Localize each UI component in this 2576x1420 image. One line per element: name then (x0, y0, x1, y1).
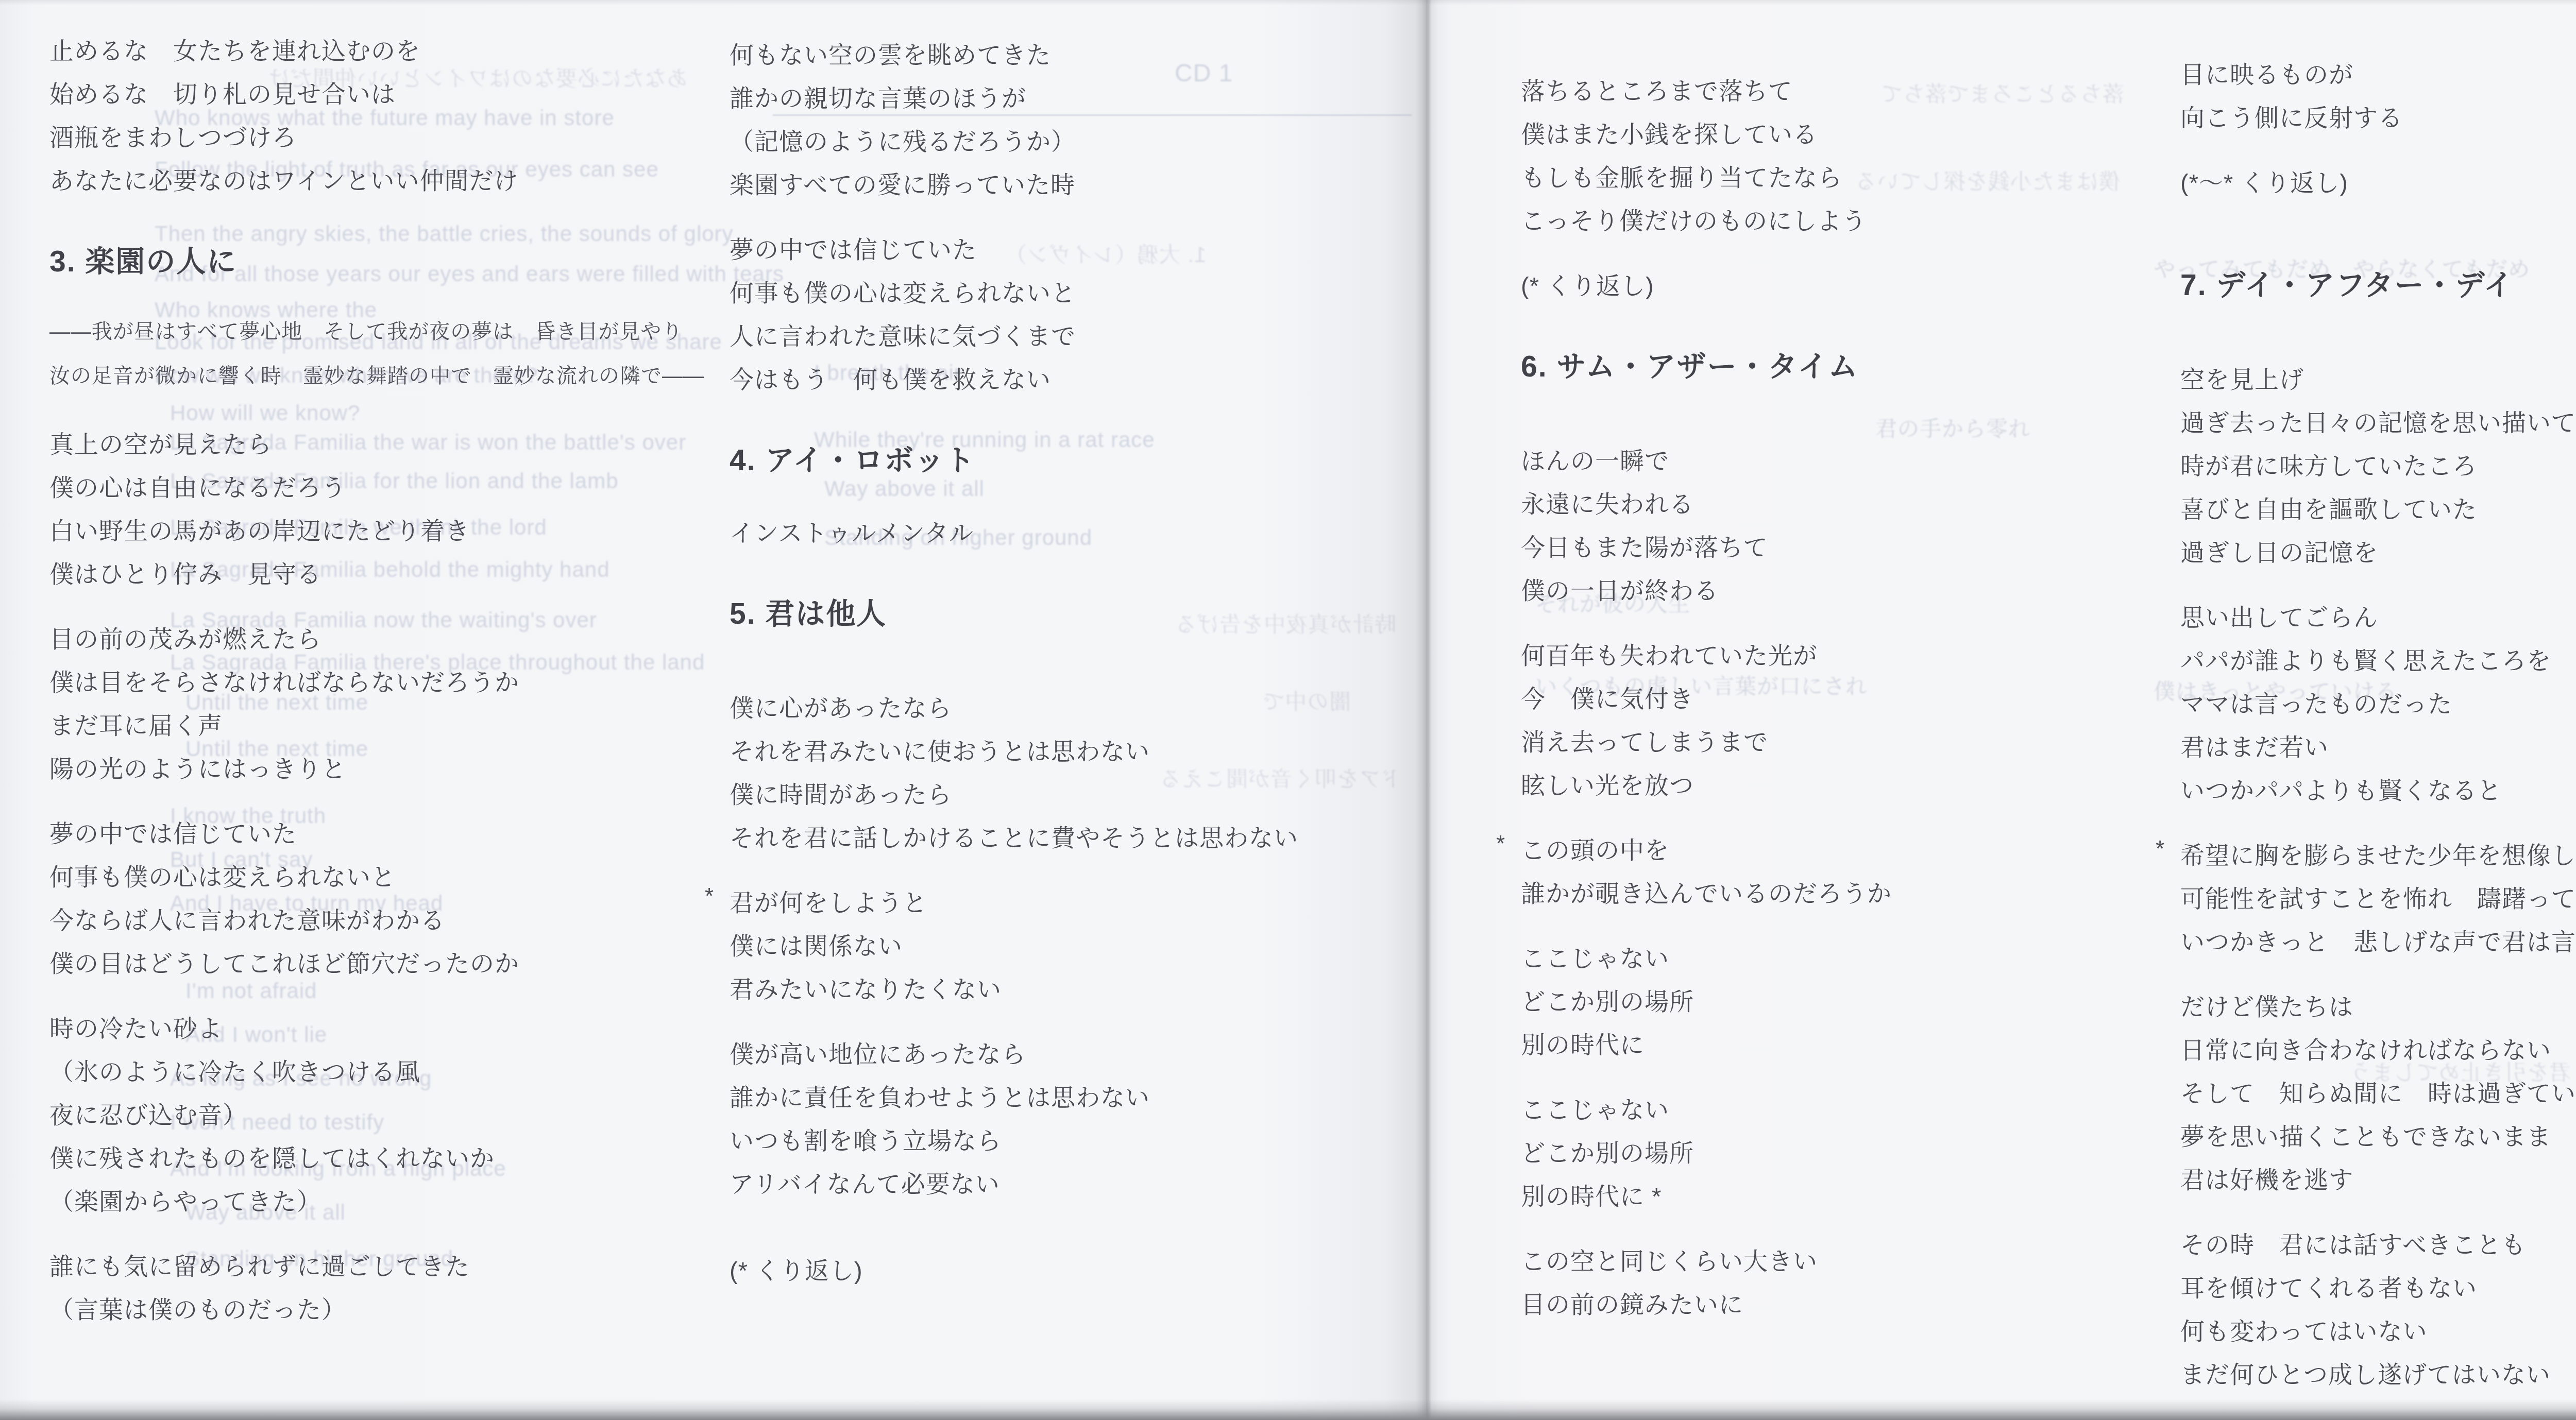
line-text: いつかパパよりも賢くなると (2180, 777, 2502, 804)
stanza-gap (1521, 810, 2155, 831)
line-text: アリバイなんて必要ない (730, 1170, 1000, 1197)
stanza-gap (1521, 918, 2155, 939)
lyric-line: 夢の中では信じていた (49, 815, 714, 858)
booklet-spread: あなたに必要なのはワインといい仲間だけWho knows what the fu… (0, 0, 2576, 1420)
lyric-line: 真上の空が見えたら (49, 425, 714, 469)
line-text: 酒瓶をまわしつづけろ (49, 124, 297, 151)
song-title: 6. サム・アザー・タイム (1521, 332, 2155, 420)
lyric-line: 何百年も失われていた光が (1521, 637, 2155, 680)
lyric-line: ここじゃない (1521, 939, 2155, 983)
lyric-line: 何事も僕の心は変えられないと (49, 858, 714, 901)
lyric-line: 君はまだ若い (2180, 728, 2576, 772)
song-title: 4. アイ・ロボット (730, 425, 1374, 514)
line-text: ここじゃない (1521, 945, 1669, 972)
lyric-line: 誰かに責任を負わせようとは思わない (730, 1079, 1374, 1122)
line-text: 可能性を試すことを怖れ 躊躇っている (2180, 885, 2576, 912)
lyric-line: *この頭の中を (1521, 831, 2155, 875)
stanza-gap (1521, 245, 2155, 267)
lyric-line: 誰かの親切な言葉のほうが (730, 79, 1374, 123)
lyric-line: 僕に心があったなら (730, 689, 1374, 732)
refrain-asterisk: * (1496, 831, 1505, 857)
line-text: 君が何をしようと (730, 889, 927, 916)
stanza-gap (730, 1014, 1374, 1035)
stanza-gap (1521, 615, 2155, 637)
line-text: もしも金脈を掘り当てたなら (1521, 164, 1842, 191)
top-edge-shadow (0, 0, 2576, 5)
lyric-line: (* くり返し) (730, 1252, 1374, 1295)
line-text: 僕に心があったなら (730, 694, 952, 722)
line-text: 4. アイ・ロボット (730, 444, 975, 477)
lyric-line: 今ならば人に言われた意味がわかる (49, 901, 714, 945)
lyric-line: そして 知らぬ間に 時は過ぎていく (2180, 1074, 2576, 1118)
line-text: その時 君には話すべきことも (2180, 1231, 2526, 1258)
line-text: 過ぎ去った日々の記憶を思い描いてごらん (2180, 409, 2576, 436)
lyric-line: 白い野生の馬があの岸辺にたどり着き (49, 512, 714, 555)
stanza-gap (730, 1208, 1374, 1252)
lyric-line: もしも金脈を掘り当てたなら (1521, 159, 2155, 202)
line-text: 夢の中では信じていた (49, 820, 297, 847)
line-text: 夜に忍び込む音） (49, 1101, 247, 1128)
quoted-verse-line: ――我が昼はすべて夢心地 そして我が夜の夢は 昏き目が見やり (49, 315, 714, 360)
line-text: 僕の一日が終わる (1521, 577, 1719, 604)
lyrics-column-3: 落ちるところまで落ちて僕はまた小銭を探しているもしも金脈を掘り当てたならこっそり… (1521, 72, 2155, 1329)
line-text: いつも割を喰う立場なら (730, 1127, 1002, 1154)
lyrics-column-2: 何もない空の雲を眺めてきた誰かの親切な言葉のほうが（記憶のように残るだろうか）楽… (730, 36, 1374, 1295)
lyric-line: それを君に話しかけることに費やそうとは思わない (730, 819, 1374, 862)
song-title: 7. デイ・アフター・デイ (2180, 250, 2576, 339)
lyric-line: 僕は目をそらさなければならないだろうか (49, 663, 714, 707)
line-text: 今日もまた陽が落ちて (1521, 534, 1768, 561)
line-text: 白い野生の馬があの岸辺にたどり着き (49, 517, 470, 544)
lyric-line: 思い出してごらん (2180, 598, 2576, 642)
stanza-gap (1521, 420, 2155, 442)
line-text: こっそり僕だけのものにしよう (1521, 207, 1867, 234)
line-text: 僕が高い地位にあったなら (730, 1040, 1026, 1068)
lyric-line: まだ何ひとつ成し遂げてはいない (2180, 1356, 2576, 1399)
line-text: 耳を傾けてくれる者もない (2180, 1274, 2477, 1302)
stanza-gap (2180, 577, 2576, 598)
line-text: 時の冷たい砂よ (49, 1015, 223, 1042)
line-text: 思い出してごらん (2180, 604, 2378, 631)
lyric-line: 君は好機を逃す (2180, 1161, 2576, 1204)
line-text: 楽園すべての愛に勝っていた時 (730, 171, 1075, 198)
lyric-line: インストゥルメンタル (730, 514, 1374, 557)
stanza-gap (49, 988, 714, 1010)
lyric-line: 僕はひとり佇み 見守る (49, 555, 714, 598)
line-text: まだ耳に届く声 (49, 712, 223, 739)
line-text: 何もない空の雲を眺めてきた (730, 41, 1051, 69)
line-text: 僕の心は自由になるだろう (49, 474, 346, 501)
lyric-line: 向こう側に反射する (2180, 99, 2576, 142)
line-text: 眩しい光を放つ (1521, 772, 1694, 799)
line-text: （氷のように冷たく吹きつける風 (49, 1058, 420, 1085)
line-text: 真上の空が見えたら (49, 431, 272, 458)
line-text: いつかきっと 悲しげな声で君は言う (2180, 928, 2576, 955)
stanza-gap (49, 793, 714, 815)
lyric-line: 始めるな 切り札の見せ合いは (49, 75, 714, 118)
line-text: 君みたいになりたくない (730, 976, 1002, 1003)
lyric-line: 僕の目はどうしてこれほど節穴だったのか (49, 945, 714, 988)
line-text: 今 僕に気付き (1521, 685, 1694, 712)
line-text: パパが誰よりも賢く思えたころを (2180, 647, 2551, 674)
stanza-gap (49, 404, 714, 425)
lyric-line: （氷のように冷たく吹きつける風 (49, 1053, 714, 1096)
line-text: 別の時代に (1521, 1031, 1645, 1058)
line-text: 汝の足音が微かに響く時 霊妙な舞踏の中で 霊妙な流れの隣で―― (49, 365, 704, 387)
lyric-line: それを君みたいに使おうとは思わない (730, 732, 1374, 776)
lyric-line: 夜に忍び込む音） (49, 1096, 714, 1139)
line-text: 君は好機を逃す (2180, 1166, 2353, 1193)
line-text: インストゥルメンタル (730, 519, 974, 546)
lyric-line: （楽園からやってきた） (49, 1183, 714, 1226)
lyric-line: この空と同じくらい大きい (1521, 1242, 2155, 1286)
lyric-line: 可能性を試すことを怖れ 躊躇っている (2180, 880, 2576, 923)
lyric-line: 眩しい光を放つ (1521, 766, 2155, 810)
line-text: 何百年も失われていた光が (1521, 642, 1818, 669)
lyric-line: アリバイなんて必要ない (730, 1165, 1374, 1208)
lyric-line: ここじゃない (1521, 1091, 2155, 1134)
line-text: 3. 楽園の人に (49, 245, 237, 278)
lyric-line: 時が君に味方していたころ (2180, 447, 2576, 490)
line-text: ここじゃない (1521, 1096, 1669, 1123)
line-text: 僕には関係ない (730, 932, 903, 960)
lyric-line: 喜びと自由を謳歌していた (2180, 490, 2576, 534)
song-title: 5. 君は他人 (730, 579, 1374, 668)
quoted-verse-line: 汝の足音が微かに響く時 霊妙な舞踏の中で 霊妙な流れの隣で―― (49, 360, 714, 404)
lyric-line: 僕はまた小銭を探している (1521, 115, 2155, 159)
lyrics-column-4: 目に映るものが向こう側に反射する(*～* くり返し)7. デイ・アフター・デイ空… (2180, 56, 2576, 1399)
lyric-line: 今日もまた陽が落ちて (1521, 528, 2155, 572)
lyric-line: 別の時代に * (1521, 1177, 2155, 1221)
line-text: (* くり返し) (1521, 272, 1654, 299)
lyric-line: 人に言われた意味に気づくまで (730, 317, 1374, 361)
lyric-line: ほんの一瞬で (1521, 442, 2155, 485)
lyric-line: いつも割を喰う立場なら (730, 1122, 1374, 1165)
line-text: 向こう側に反射する (2180, 104, 2403, 131)
line-text: 別の時代に * (1521, 1183, 1662, 1210)
stanza-gap (49, 205, 714, 227)
lyric-line: 空を見上げ (2180, 361, 2576, 404)
lyric-line: （言葉は僕のものだった） (49, 1291, 714, 1334)
lyric-line: 今 僕に気付き (1521, 680, 2155, 723)
stanza-gap (2180, 966, 2576, 988)
lyric-line: 時の冷たい砂よ (49, 1010, 714, 1053)
line-text: 誰かの親切な言葉のほうが (730, 84, 1026, 112)
stanza-gap (730, 557, 1374, 579)
lyric-line: 楽園すべての愛に勝っていた時 (730, 166, 1374, 209)
lyric-line: 別の時代に (1521, 1026, 2155, 1069)
line-text: 落ちるところまで落ちて (1521, 77, 1793, 105)
lyric-line: 何事も僕の心は変えられないと (730, 274, 1374, 317)
line-text: どこか別の場所 (1521, 1139, 1694, 1167)
line-text: 時が君に味方していたころ (2180, 452, 2477, 480)
refrain-asterisk: * (705, 884, 714, 910)
line-text: 5. 君は他人 (730, 597, 887, 630)
line-text: 日常に向き合わなければならない (2180, 1036, 2551, 1064)
line-text: 止めるな 女たちを連れ込むのを (49, 37, 420, 64)
line-text: 目の前の茂みが燃えたら (49, 625, 321, 653)
line-text: 僕は目をそらさなければならないだろうか (49, 669, 519, 696)
lyric-line: 誰かが覗き込んでいるのだろうか (1521, 875, 2155, 918)
lyric-line: 消え去ってしまうまで (1521, 723, 2155, 766)
lyric-line: だけど僕たちは (2180, 988, 2576, 1031)
lyric-line: 僕の心は自由になるだろう (49, 469, 714, 512)
lyric-line: 永遠に失われる (1521, 485, 2155, 528)
line-text: 何も変わってはいない (2180, 1318, 2428, 1345)
stanza-gap (2180, 1204, 2576, 1226)
lyric-line: こっそり僕だけのものにしよう (1521, 202, 2155, 245)
lyric-line: 僕に残されたものを隠してはくれないか (49, 1139, 714, 1183)
line-text: 6. サム・アザー・タイム (1521, 350, 1858, 383)
lyric-line: 僕には関係ない (730, 927, 1374, 970)
line-text: それを君みたいに使おうとは思わない (730, 738, 1150, 765)
lyric-line: まだ耳に届く声 (49, 707, 714, 750)
line-text: 夢の中では信じていた (730, 236, 977, 263)
line-text: 君はまだ若い (2180, 733, 2329, 761)
lyric-line: （記憶のように残るだろうか） (730, 123, 1374, 166)
lyric-line: 何も変わってはいない (2180, 1312, 2576, 1356)
line-text: 誰にも気に留められずに過ごしてきた (49, 1253, 470, 1280)
line-text: 目に映るものが (2180, 61, 2353, 88)
lyric-line: *希望に胸を膨らませた少年を想像してごらん (2180, 836, 2576, 880)
lyric-line: 止めるな 女たちを連れ込むのを (49, 32, 714, 75)
line-text: 今はもう 何も僕を救えない (730, 366, 1051, 393)
lyric-line: 夢を思い描くこともできないまま (2180, 1118, 2576, 1161)
line-text: （言葉は僕のものだった） (49, 1296, 346, 1323)
line-text: 目の前の鏡みたいに (1521, 1291, 1743, 1318)
stanza-gap (49, 598, 714, 620)
lyric-line: 目に映るものが (2180, 56, 2576, 99)
lyric-line: 何もない空の雲を眺めてきた (730, 36, 1374, 79)
line-text: それを君に話しかけることに費やそうとは思わない (730, 824, 1298, 851)
lyric-line: 目の前の茂みが燃えたら (49, 620, 714, 663)
lyric-line: 夢の中では信じていた (730, 231, 1374, 274)
lyric-line: 目の前の鏡みたいに (1521, 1286, 2155, 1329)
line-text: 僕に時間があったら (730, 781, 952, 808)
line-text: 何事も僕の心は変えられないと (49, 863, 396, 891)
line-text: 始めるな 切り札の見せ合いは (49, 80, 396, 108)
lyric-line: パパが誰よりも賢く思えたころを (2180, 642, 2576, 685)
line-text: 僕に残されたものを隠してはくれないか (49, 1144, 495, 1172)
line-text: どこか別の場所 (1521, 988, 1694, 1015)
lyric-line: 過ぎ去った日々の記憶を思い描いてごらん (2180, 404, 2576, 447)
stanza-gap (2180, 339, 2576, 361)
stanza-gap (1521, 1069, 2155, 1091)
line-text: 僕の目はどうしてこれほど節穴だったのか (49, 950, 519, 977)
line-text: 何事も僕の心は変えられないと (730, 279, 1076, 306)
line-text: 誰かが覗き込んでいるのだろうか (1521, 880, 1892, 907)
line-text: 僕はまた小銭を探している (1521, 121, 1818, 148)
line-text: 過ぎし日の記憶を (2180, 539, 2378, 566)
lyric-line: どこか別の場所 (1521, 1134, 2155, 1177)
line-text: だけど僕たちは (2180, 993, 2353, 1020)
line-text: 喜びと自由を謳歌していた (2180, 495, 2477, 523)
lyric-line: 日常に向き合わなければならない (2180, 1031, 2576, 1074)
lyric-line: 今はもう 何も僕を救えない (730, 361, 1374, 404)
line-text: 7. デイ・アフター・デイ (2180, 269, 2514, 302)
lyric-line: 僕が高い地位にあったなら (730, 1035, 1374, 1079)
lyric-line: 誰にも気に留められずに過ごしてきた (49, 1247, 714, 1291)
line-text: ほんの一瞬で (1521, 447, 1669, 474)
song-title: 3. 楽園の人に (49, 227, 714, 315)
stanza-gap (2180, 142, 2576, 164)
line-text: ママは言ったものだった (2180, 690, 2452, 717)
stanza-gap (730, 404, 1374, 425)
lyric-line: 僕に時間があったら (730, 776, 1374, 819)
line-text: (*～* くり返し) (2180, 169, 2348, 196)
lyric-line: いつかパパよりも賢くなると (2180, 772, 2576, 815)
line-text: あなたに必要なのはワインといい仲間だけ (49, 167, 519, 194)
lyric-line: どこか別の場所 (1521, 983, 2155, 1026)
line-text: 僕はひとり佇み 見守る (49, 560, 321, 588)
line-text: （楽園からやってきた） (49, 1188, 321, 1215)
stanza-gap (730, 209, 1374, 231)
line-text: 消え去ってしまうまで (1521, 728, 1768, 756)
stanza-gap (2180, 815, 2576, 836)
line-text: 今ならば人に言われた意味がわかる (49, 906, 445, 934)
line-text: （記憶のように残るだろうか） (730, 128, 1076, 155)
lyric-line: 僕の一日が終わる (1521, 572, 2155, 615)
lyric-line: あなたに必要なのはワインといい仲間だけ (49, 162, 714, 205)
center-fold (1416, 0, 1438, 1420)
lyric-line: (*～* くり返し) (2180, 164, 2576, 207)
lyric-line: 過ぎし日の記憶を (2180, 534, 2576, 577)
stanza-gap (730, 862, 1374, 884)
refrain-asterisk: * (2156, 836, 2165, 862)
line-text: この空と同じくらい大きい (1521, 1247, 1818, 1275)
line-text: 空を見上げ (2180, 366, 2304, 393)
line-text: そして 知らぬ間に 時は過ぎていく (2180, 1080, 2576, 1107)
lyric-line: ママは言ったものだった (2180, 685, 2576, 728)
stanza-gap (730, 668, 1374, 689)
lyric-line: (* くり返し) (1521, 267, 2155, 310)
line-text: 誰かに責任を負わせようとは思わない (730, 1084, 1150, 1111)
lyric-line: *君が何をしようと (730, 884, 1374, 927)
line-text: 陽の光のようにはっきりと (49, 755, 346, 782)
lyric-line: 陽の光のようにはっきりと (49, 750, 714, 793)
line-text: 夢を思い描くこともできないまま (2180, 1123, 2551, 1150)
lyric-line: 落ちるところまで落ちて (1521, 72, 2155, 115)
lyric-line: 耳を傾けてくれる者もない (2180, 1269, 2576, 1312)
lyric-line: いつかきっと 悲しげな声で君は言う (2180, 923, 2576, 966)
line-text: (* くり返し) (730, 1257, 863, 1284)
stanza-gap (1521, 1221, 2155, 1242)
line-text: 人に言われた意味に気づくまで (730, 322, 1076, 350)
lyric-line: 酒瓶をまわしつづけろ (49, 118, 714, 162)
line-text: 永遠に失われる (1521, 490, 1694, 518)
bottom-edge-shadow (0, 1399, 2576, 1420)
line-text: ――我が昼はすべて夢心地 そして我が夜の夢は 昏き目が見やり (49, 320, 683, 343)
lyric-line: 君みたいになりたくない (730, 970, 1374, 1014)
line-text: 希望に胸を膨らませた少年を想像してごらん (2180, 842, 2576, 869)
line-text: まだ何ひとつ成し遂げてはいない (2180, 1361, 2551, 1388)
stanza-gap (2180, 207, 2576, 250)
stanza-gap (49, 1226, 714, 1247)
lyrics-column-1: 止めるな 女たちを連れ込むのを始めるな 切り札の見せ合いは酒瓶をまわしつづけろあ… (49, 32, 714, 1334)
lyric-line: その時 君には話すべきことも (2180, 1226, 2576, 1269)
stanza-gap (1521, 310, 2155, 332)
line-text: この頭の中を (1521, 836, 1669, 864)
